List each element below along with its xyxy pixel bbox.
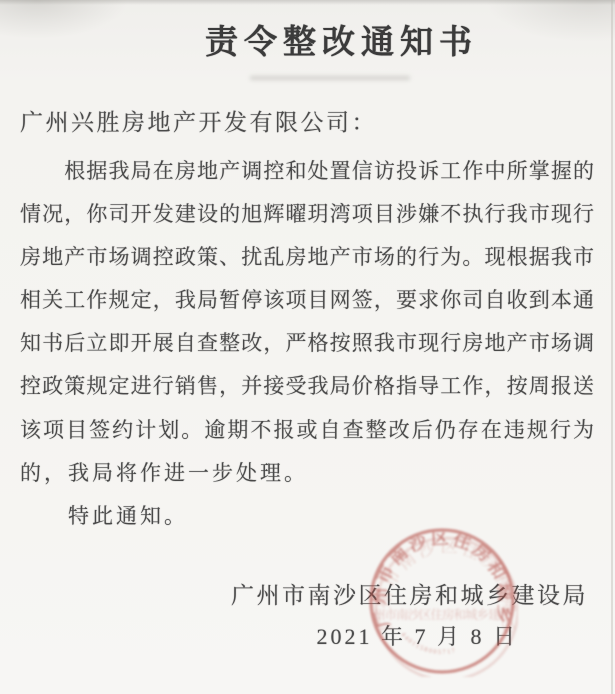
scan-artifact-top (0, 0, 615, 5)
addressee-line: 广州兴胜房地产开发有限公司： (20, 104, 377, 137)
issuing-authority-signature: 广州市南沙区住房和城乡建设局 (0, 577, 588, 610)
body-line: 知书后立即开展自查整改，严格按照我市现行房地产市场调 (20, 322, 594, 365)
scan-artifact-edge (611, 0, 613, 694)
body-line: 的，我局将作进一步处理。 (20, 452, 594, 495)
body-line: 特此通知。 (20, 495, 594, 538)
body-line: 该项目签约计划。逾期不报或自查整改后仍存在违规行为 (20, 409, 594, 452)
body-line: 控政策规定进行销售，并接受我局价格指导工作，按周报送 (20, 365, 594, 408)
body-line: 相关工作规定，我局暂停该项目网签，要求你司自收到本通 (20, 279, 594, 322)
body-line: 房地产市场调控政策、扰乱房地产市场的行为。现根据我市 (20, 236, 594, 279)
scan-smudge (250, 76, 410, 80)
document-title: 责令整改通知书 (35, 16, 615, 63)
body-line: 根据我局在房地产调控和处置信访投诉工作中所掌握的 (20, 150, 594, 193)
document-body: 根据我局在房地产调控和处置信访投诉工作中所掌握的 情况，你司开发建设的旭辉曜玥湾… (20, 150, 594, 538)
body-line: 情况，你司开发建设的旭辉曜玥湾项目涉嫌不执行我市现行 (20, 193, 594, 236)
scanned-document-page: 责令整改通知书 广州兴胜房地产开发有限公司： 根据我局在房地产调控和处置信访投诉… (0, 0, 615, 694)
document-date: 2021 年 7 月 8 日 (0, 620, 518, 651)
